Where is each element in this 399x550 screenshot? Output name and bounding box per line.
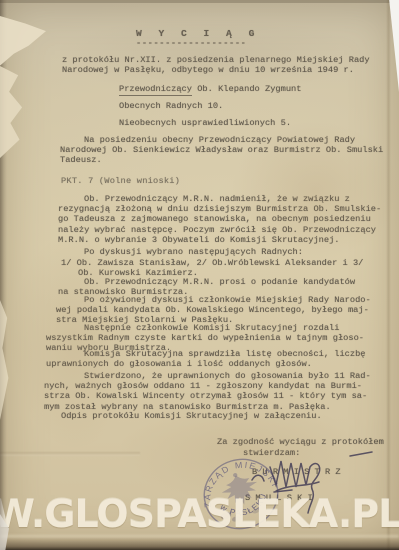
paper-torn-edge (0, 66, 26, 158)
watermark: W.GLOSPASLEKA.PL (0, 492, 399, 536)
candidate-named-paragraph: Po ożywionej dyskusji członkowie Miejski… (56, 295, 371, 326)
scanned-document-page: W Y C I Ą G ------------------- z protok… (0, 0, 399, 550)
present-count-line: Obecnych Radnych 10. (119, 101, 223, 111)
commission-paragraph: Komisja Skrutacyjna sprawdziła listę obe… (46, 349, 366, 369)
paper-top-edge (0, 0, 399, 3)
absent-count-line: Nieobecnych usprawiedliwionych 5. (119, 118, 291, 128)
attachment-line: Odpis protokółu Komisji Skrutacyjnej w z… (61, 411, 322, 421)
chairman-name: Ob. Klepando Zygmunt (192, 84, 301, 94)
point-heading: PKT. 7 (Wolne wnioski) (61, 176, 180, 186)
resignation-paragraph: Ob. Przewodniczący M.R.N. nadmienił, że … (58, 194, 381, 245)
chairman-label: Przewodniczący (119, 84, 192, 96)
paper-fold-line (0, 452, 140, 456)
elected-intro-line: Po dyskusji wybrano następujących Radnyc… (84, 247, 303, 257)
title-underline: ------------------- (136, 38, 246, 48)
attendance-paragraph: Na posiedzeniu obecny Przewodniczący Pow… (60, 135, 383, 166)
chairman-line: Przewodniczący Ob. Klepando Zygmunt (119, 84, 301, 94)
intro-paragraph: z protokółu Nr.XII. z posiedzenia plenar… (62, 55, 370, 75)
result-paragraph: Stwierdzono, że uprawnionych do głosowan… (44, 371, 371, 412)
paper-crease (386, 0, 391, 550)
paper-bottom-shadow (0, 534, 399, 550)
elected-members-paragraph: 1/ Ob. Zawisza Stanisław, 2/ Ob.Wróblews… (61, 258, 363, 278)
